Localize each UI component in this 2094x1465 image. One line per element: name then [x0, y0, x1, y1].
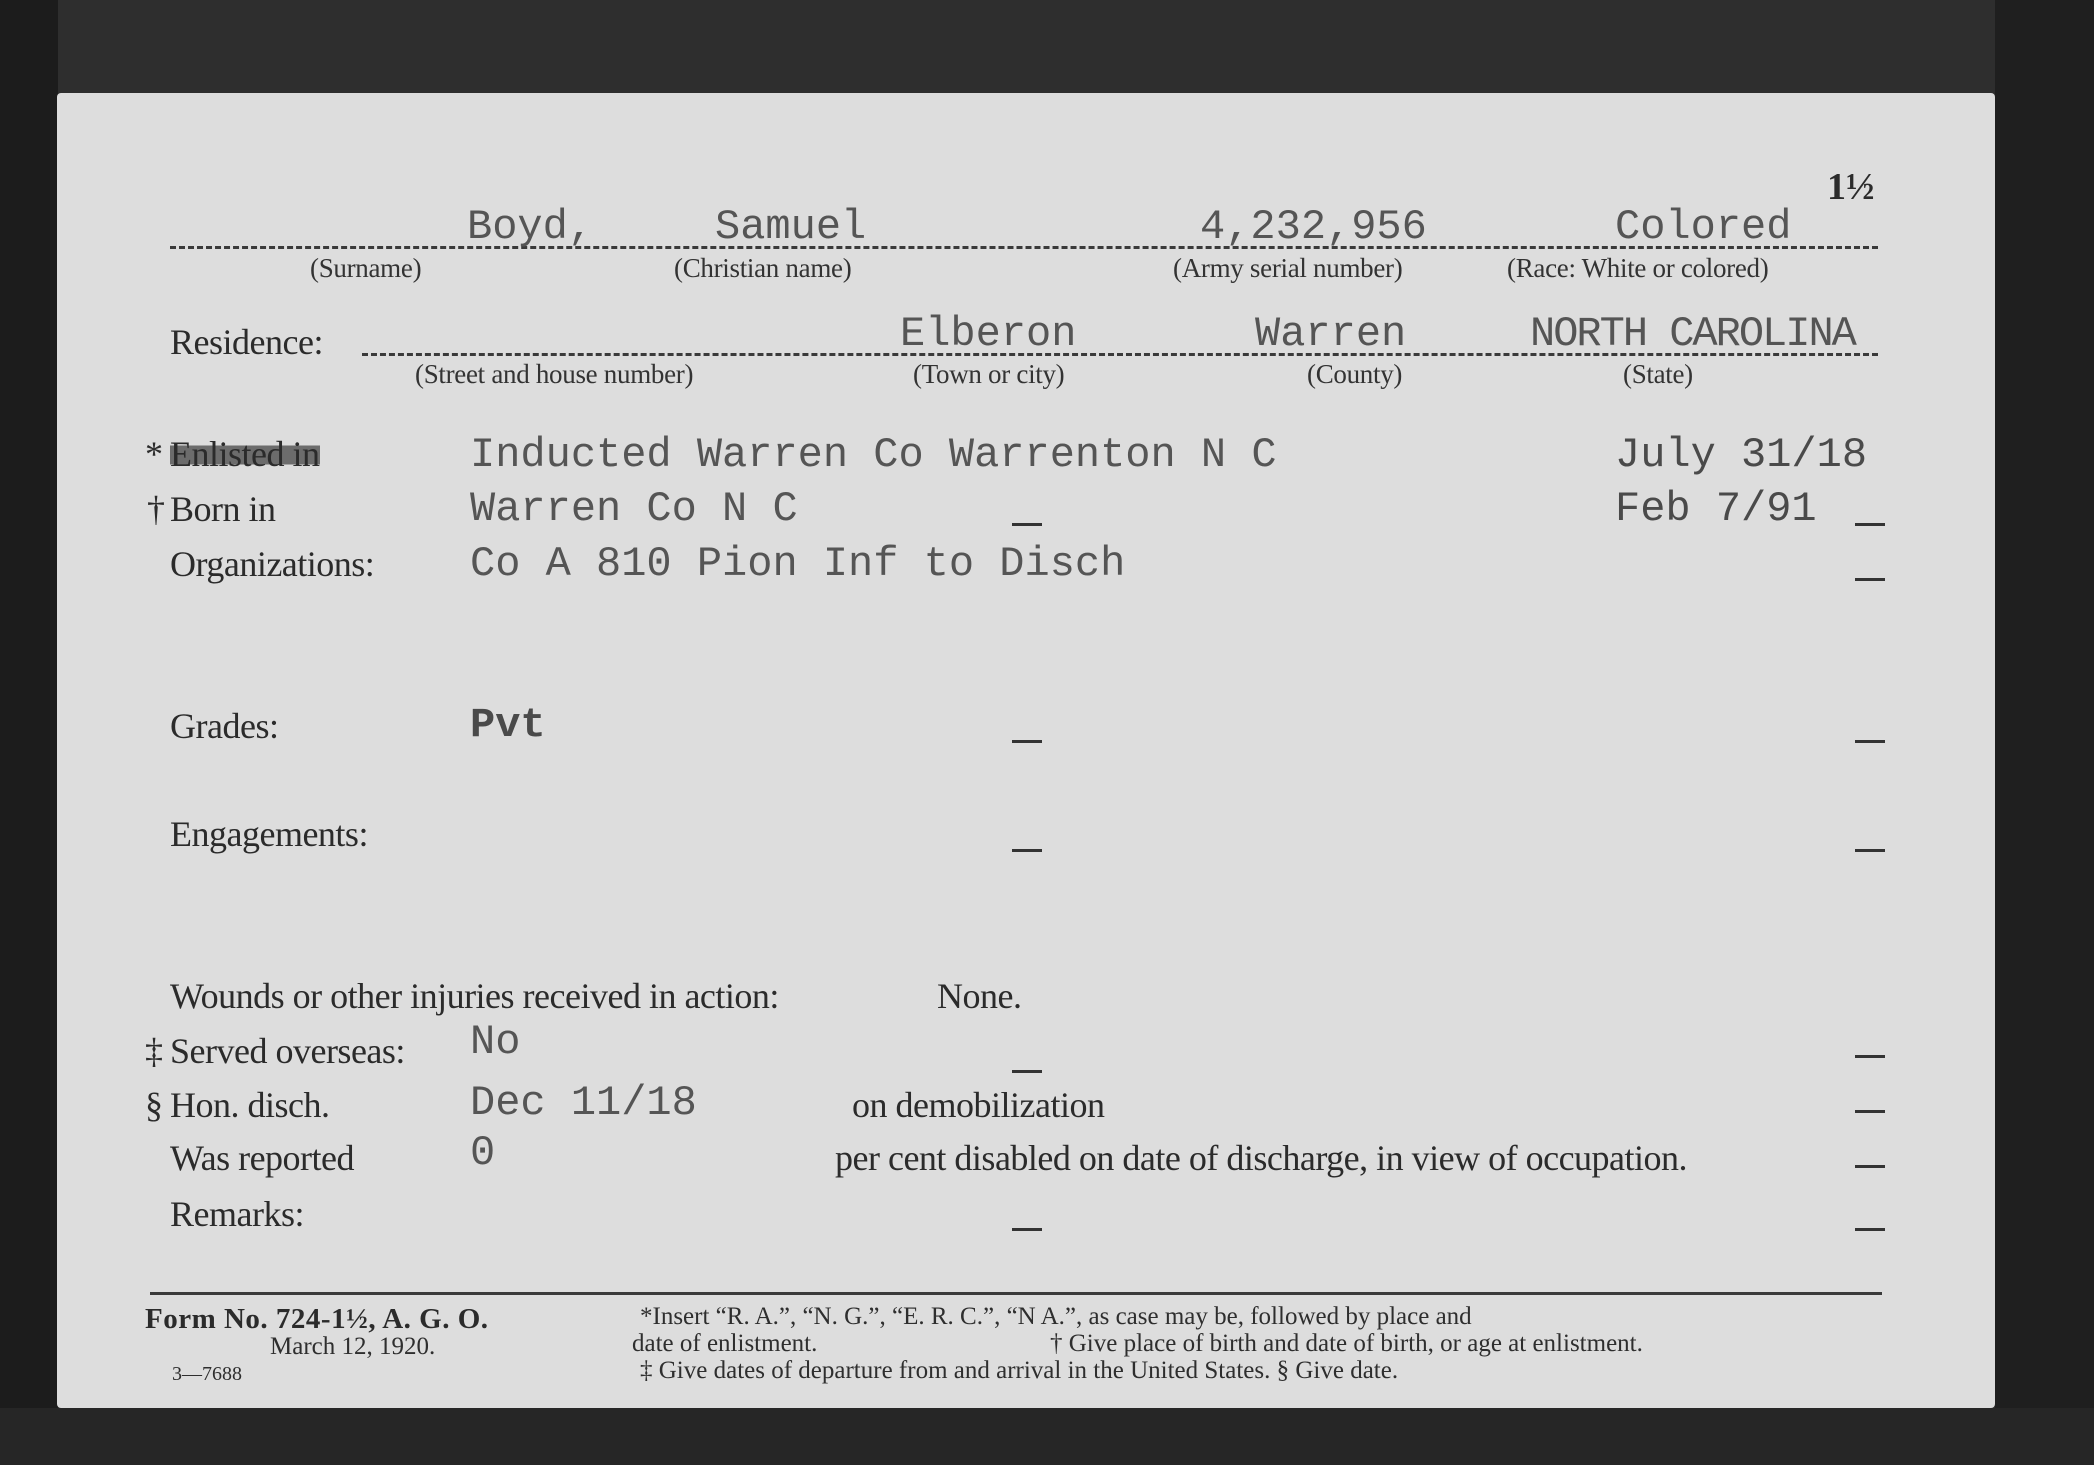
- wounds-label: Wounds or other injuries received in act…: [170, 975, 779, 1017]
- hon-disch-right-dash: [1855, 1165, 1885, 1168]
- christian-name-value: Samuel: [715, 203, 866, 251]
- hon-disch-marker: §: [145, 1084, 163, 1126]
- print-code: 3—7688: [172, 1363, 242, 1386]
- grades-right-dash: [1855, 740, 1885, 743]
- served-overseas-right-dash-2: [1855, 1110, 1885, 1113]
- christian-name-label: (Christian name): [674, 253, 851, 284]
- footer-note-line-1: *Insert “R. A.”, “N. G.”, “E. R. C.”, “N…: [640, 1303, 1472, 1331]
- surname-label: (Surname): [310, 253, 421, 284]
- remarks-middle-dash: [1012, 1228, 1042, 1231]
- scan-background-bottom: [0, 1408, 2094, 1465]
- born-label: Born in: [170, 488, 276, 530]
- residence-label: Residence:: [170, 321, 323, 363]
- town-label: (Town or city): [913, 359, 1064, 390]
- state-label: (State): [1623, 359, 1693, 390]
- race-value: Colored: [1615, 203, 1791, 251]
- engagements-right-dash: [1855, 849, 1885, 852]
- serial-number-label: (Army serial number): [1173, 253, 1402, 284]
- was-reported-value: 0: [470, 1129, 495, 1177]
- hon-disch-note: on demobilization: [852, 1084, 1104, 1126]
- born-marker: †: [147, 488, 165, 530]
- born-value: Warren Co N C: [470, 485, 798, 533]
- grades-value: Pvt: [470, 701, 546, 749]
- footer-note-line-2a: date of enlistment.: [632, 1330, 817, 1358]
- wounds-value: None.: [937, 975, 1021, 1017]
- grades-middle-dash: [1012, 740, 1042, 743]
- footer-note-line-2b: † Give place of birth and date of birth,…: [1050, 1330, 1643, 1358]
- engagements-label: Engagements:: [170, 813, 368, 855]
- hon-disch-value: Dec 11/18: [470, 1079, 697, 1127]
- enlisted-marker: *: [145, 433, 163, 475]
- race-label: (Race: White or colored): [1507, 253, 1768, 284]
- served-overseas-marker: ‡: [145, 1030, 163, 1072]
- residence-county-value: Warren: [1255, 310, 1406, 358]
- surname-value: Boyd,: [467, 203, 593, 251]
- footer-note-line-3: ‡ Give dates of departure from and arriv…: [640, 1357, 1398, 1385]
- organizations-value: Co A 810 Pion Inf to Disch: [470, 540, 1125, 588]
- footer-rule: [150, 1292, 1882, 1295]
- scan-background-left: [0, 0, 58, 1465]
- born-middle-dash: [1012, 523, 1042, 526]
- residence-state-value: NORTH CAROLINA: [1530, 310, 1855, 358]
- hon-disch-label: Hon. disch.: [170, 1084, 330, 1126]
- organizations-label: Organizations:: [170, 543, 374, 585]
- grades-label: Grades:: [170, 705, 278, 747]
- born-right-dash: [1855, 523, 1885, 526]
- remarks-right-dash: [1855, 1228, 1885, 1231]
- served-overseas-label: Served overseas:: [170, 1030, 405, 1072]
- enlisted-value: Inducted Warren Co Warrenton N C: [470, 431, 1277, 479]
- form-number: Form No. 724-1½, A. G. O.: [145, 1303, 489, 1336]
- served-overseas-value: No: [470, 1018, 520, 1066]
- was-reported-note: per cent disabled on date of discharge, …: [835, 1137, 1687, 1179]
- form-fraction: 1½: [1827, 165, 1875, 209]
- served-overseas-right-dash-1: [1855, 1055, 1885, 1058]
- enlisted-date: July 31/18: [1615, 431, 1867, 479]
- form-date: March 12, 1920.: [270, 1333, 435, 1361]
- served-overseas-middle-dash: [1012, 1070, 1042, 1073]
- born-date: Feb 7/91: [1615, 485, 1817, 533]
- remarks-label: Remarks:: [170, 1193, 304, 1235]
- serial-number-value: 4,232,956: [1200, 203, 1427, 251]
- enlisted-label: Enlisted in: [170, 433, 320, 475]
- street-label: (Street and house number): [415, 359, 693, 390]
- county-label: (County): [1307, 359, 1402, 390]
- was-reported-label: Was reported: [170, 1137, 354, 1179]
- organizations-right-dash: [1855, 578, 1885, 581]
- scan-background-right: [1995, 0, 2094, 1465]
- service-record-card: 1½ Boyd, Samuel 4,232,956 Colored (Surna…: [57, 93, 1995, 1408]
- residence-town-value: Elberon: [900, 310, 1076, 358]
- engagements-middle-dash: [1012, 849, 1042, 852]
